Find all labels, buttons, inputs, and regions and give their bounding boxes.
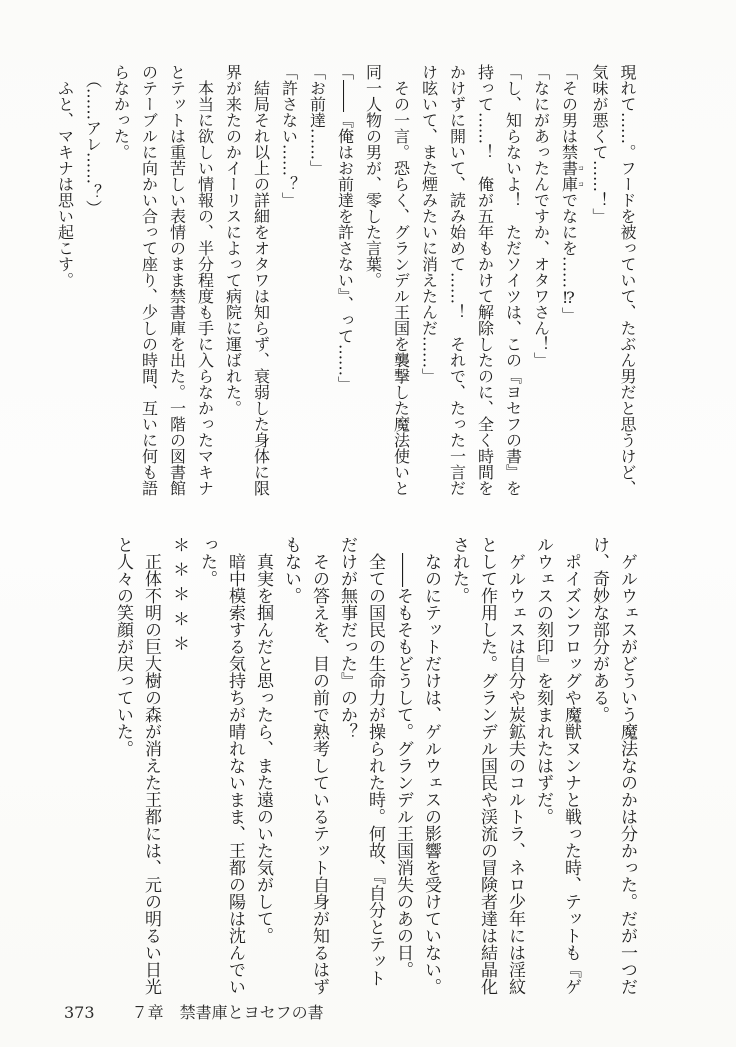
- paragraph: ゲルウェスは自分や炭鉱夫のコルトラ、ネロ少年には淫紋として作用した。グランデル国…: [445, 536, 529, 998]
- book-page: 現れて……。フードを被っていて、たぶん男だと思うけど、気味が悪くて……！」「その…: [0, 0, 736, 1047]
- paragraph: 「なにがあったんですか、オタワさん！」: [527, 64, 555, 508]
- paragraph: （……アレ……？）: [79, 64, 107, 508]
- page-number: 373: [64, 1003, 95, 1022]
- page-footer: 373 ７章 禁書庫とヨセフの書: [64, 1000, 324, 1023]
- bottom-text-block: ゲルウェスがどういう魔法なのかは分かった。だが一つだけ、奇妙な部分がある。 ポイ…: [109, 536, 641, 998]
- paragraph: その答えを、目の前で熟考しているテット自身が知るはずもない。: [277, 536, 333, 998]
- paragraph: 正体不明の巨大樹の森が消えた王都には、元の明るい日光と人々の笑顔が戻っていた。: [109, 536, 165, 998]
- paragraph: 真実を掴んだと思ったら、また遠のいた気がして。: [249, 536, 277, 998]
- paragraph: ――そもそもどうして。グランデル王国消失のあの日。: [389, 536, 417, 998]
- furigana-ruby: 書庫ココ: [560, 160, 579, 192]
- paragraph: 本当に欲しい情報の、半分程度も手に入らなかったマキナとテットは重苦しい表情のまま…: [107, 64, 219, 508]
- paragraph: 現れて……。フードを被っていて、たぶん男だと思うけど、気味が悪くて……！」: [585, 64, 641, 508]
- paragraph: 「許さない……？」: [275, 64, 303, 508]
- top-text-block: 現れて……。フードを被っていて、たぶん男だと思うけど、気味が悪くて……！」「その…: [51, 64, 642, 508]
- paragraph: 「――『俺はお前達を許さない』、って……」: [331, 64, 359, 508]
- paragraph: 「その男は禁書庫ココでなにを……⁉」: [555, 64, 586, 508]
- chapter-title: ７章 禁書庫とヨセフの書: [132, 1003, 324, 1022]
- paragraph: その一言。恐らく、グランデル王国を襲撃した魔法使いと同一人物の男が、零した言葉。: [359, 64, 415, 508]
- paragraph: ゲルウェスがどういう魔法なのかは分かった。だが一つだけ、奇妙な部分がある。: [585, 536, 641, 998]
- section-separator: ＊＊＊＊＊: [165, 536, 193, 998]
- paragraph: 「し、知らないよ！ ただソイツは、この『ヨセフの書』を持って……！ 俺が五年もか…: [415, 64, 527, 508]
- paragraph: ポイズンフロッグや魔獣ヌンナと戦った時、テットも『ゲルウェスの刻印』を刻まれたは…: [529, 536, 585, 998]
- paragraph: 暗中模索する気持ちが晴れないまま、王都の陽は沈んでいった。: [193, 536, 249, 998]
- paragraph: 全ての国民の生命力が操られた時。何故、『自分とテットだけが無事だった』のか？: [333, 536, 389, 998]
- paragraph: ふと、マキナは思い起こす。: [51, 64, 79, 508]
- paragraph: 結局それ以上の詳細をオタワは知らず、衰弱した身体に限界が来たのかイーリスによって…: [219, 64, 275, 508]
- paragraph: なのにテットだけは、ゲルウェスの影響を受けていない。: [417, 536, 445, 998]
- paragraph: 「お前達……」: [303, 64, 331, 508]
